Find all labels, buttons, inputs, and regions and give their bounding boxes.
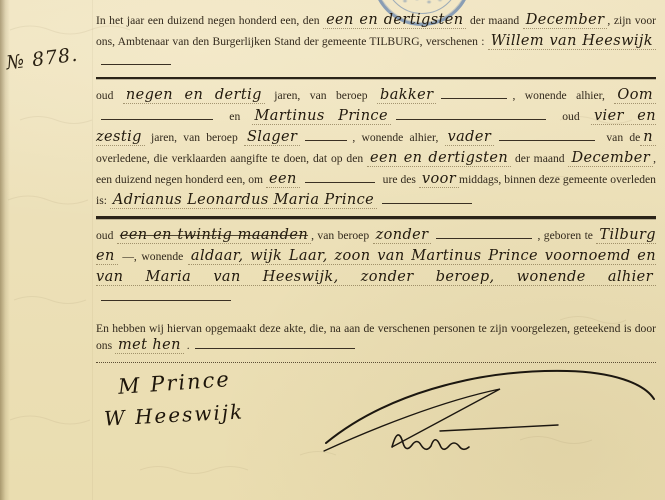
text-segment-hand: Oom [614, 87, 656, 104]
text-segment-strike: een en twintig maanden [117, 227, 311, 244]
blank-fill-line [305, 129, 347, 141]
text-segment-hand: December [568, 150, 653, 167]
text-segment-hand: n [640, 129, 656, 146]
text-segment-print: , wonende alhier, [512, 89, 614, 102]
text-segment-print: . [184, 339, 190, 352]
stamp-text-blot [397, 0, 447, 9]
text-segment-print: en [218, 110, 252, 123]
text-segment-print: ure des [380, 173, 419, 186]
paragraph-declarants: oud negen en dertig jaren, van beroep ba… [96, 85, 656, 211]
text-segment-print: —, wonende [118, 250, 188, 263]
act-body: In het jaar een duizend negen honderd ee… [96, 10, 656, 457]
blank-fill-line [441, 87, 507, 99]
blank-fill-line [436, 227, 532, 239]
text-segment-hand: een en dertigsten [323, 12, 466, 29]
text-segment-hand: Martinus Prince [252, 108, 391, 125]
text-segment-print: jaren, van beroep [265, 89, 377, 102]
text-segment-print: In het jaar een duizend negen honderd ee… [96, 14, 323, 27]
paragraph-deceased: oud een en twintig maanden, van beroep z… [96, 225, 656, 308]
text-segment-print: van de [600, 131, 640, 144]
text-segment-print: oud [96, 229, 117, 242]
blank-fill-line [101, 289, 231, 301]
signature-declarant-2: W Heeswijk [103, 399, 244, 430]
text-segment-hand: negen en dertig [123, 87, 265, 104]
death-certificate-page: № 878. In het jaar een duizend negen hon… [0, 0, 665, 500]
text-segment-print: der maand [511, 152, 568, 165]
paragraph-closing: En hebben wij hiervan opgemaakt deze akt… [96, 320, 656, 354]
text-segment-print: jaren, van beroep [145, 131, 244, 144]
text-segment-print: , van beroep [311, 229, 373, 242]
text-segment-hand: bakker [377, 87, 436, 104]
left-margin: № 878. [0, 0, 93, 500]
text-segment-print: , geboren te [537, 229, 596, 242]
blank-fill-line [101, 108, 213, 120]
blank-fill-line [499, 129, 595, 141]
text-segment-hand: vader [445, 129, 495, 146]
section-rule [96, 77, 656, 79]
blank-fill-line [305, 171, 375, 183]
text-segment-print: oud [551, 110, 591, 123]
blank-fill-line [101, 53, 171, 65]
text-segment-hand: zonder [373, 227, 432, 244]
text-segment-hand: Adrianus Leonardus Maria Prince [110, 192, 377, 209]
text-segment-print: der maand [466, 14, 522, 27]
blank-fill-line [382, 192, 472, 204]
text-segment-print: oud [96, 89, 123, 102]
blank-fill-line [195, 337, 355, 349]
text-segment-hand: Willem van Heeswijk [488, 33, 656, 50]
signature-declarant-1: M Prince [117, 367, 231, 399]
text-segment-hand: Slager [244, 129, 300, 146]
text-segment-hand: een en dertigsten [367, 150, 511, 167]
blank-fill-line [396, 108, 546, 120]
text-segment-print: overledene, die verklaarden aangifte te … [96, 152, 367, 165]
registrar-signature-flourish [322, 363, 662, 460]
text-segment-hand: met hen [115, 337, 184, 354]
text-segment-hand: December [523, 12, 608, 29]
text-segment-hand: voor [419, 171, 459, 188]
section-rule [96, 216, 656, 218]
text-segment-hand: een [266, 171, 300, 188]
paragraph-opening: In het jaar een duizend negen honderd ee… [96, 10, 656, 72]
act-number: № 878. [5, 44, 79, 75]
signature-area: M Prince W Heeswijk [96, 365, 656, 457]
text-segment-print: , wonende alhier, [352, 131, 444, 144]
